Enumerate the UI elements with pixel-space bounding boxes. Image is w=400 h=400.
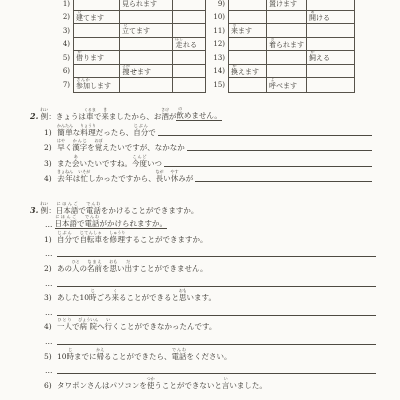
item-number: 4)	[44, 174, 57, 183]
verb-cell	[267, 24, 307, 38]
verb-cell: 参加さんかします	[74, 78, 120, 92]
section-3-answer-line: …	[30, 361, 376, 376]
verb-cell: 置おけます	[267, 0, 307, 11]
section-3-item: 4) 一人ひとりで病院びょういんへ行いくことができなかったんです。	[30, 317, 376, 332]
answer-blank-line	[57, 286, 377, 287]
section-3-item: 6) タワポンさんはパソコンを使つかうことができないと言いいました。	[30, 375, 376, 390]
row-number: 12)	[212, 38, 228, 52]
verb-cell	[267, 65, 307, 79]
answer-blank-line	[57, 315, 377, 316]
section-number: 2.	[30, 111, 40, 121]
answer-blank-line	[57, 373, 377, 374]
answer-ellipsis: …	[45, 337, 55, 346]
row-number: 1)	[56, 0, 73, 11]
section-3: 3. 例れい ： 日本語にほんごで電話でんわをかけることができますか。 … 日本…	[30, 200, 376, 390]
verb-cell	[173, 78, 205, 92]
section-3-answer-line: …	[30, 244, 376, 259]
row-number: 15)	[212, 78, 228, 92]
section-3-answer-line: …	[30, 273, 376, 288]
item-number: 3)	[44, 293, 57, 302]
item-number: 3)	[44, 159, 57, 168]
section-2-example: 2. 例れい ： きょうは車くるまで来きましたから、お酒さけが 飲のめません。	[30, 106, 372, 121]
row-number: 7)	[56, 78, 73, 92]
item-number: 1)	[44, 128, 57, 137]
verb-cell	[173, 0, 205, 11]
verb-cell: 換かえます	[229, 65, 267, 79]
row-number: 6)	[56, 65, 73, 79]
row-number: 11)	[212, 24, 228, 38]
verb-cell	[307, 78, 354, 92]
example-answer-sentence: 日本語にほんごで電話でんわがかけられますか。	[55, 214, 168, 229]
verb-cell: 見みられます	[120, 0, 173, 11]
section-3-item: 3) あした10時じごろ来くることができると思おもいます。	[30, 288, 376, 303]
verb-cell: 開あける	[307, 11, 354, 25]
section-3-item: 5) 10時じまでに帰かえることができたら、電話でんわをください。	[30, 346, 376, 361]
verb-table-right: 9) 10) 11) 12) 13) 14) 15) 置おけます 開あける 来き…	[212, 0, 355, 93]
section-3-item: 2) あの人ひとの名前なまえを思おもい出だすことができません。	[30, 258, 376, 273]
verb-cell	[229, 0, 267, 11]
item-sentence: タワポンさんはパソコンを使つかうことができないと言いいました。	[57, 376, 267, 390]
verb-table-left: 1) 2) 3) 4) 5) 6) 7) 見みられます 建たてます 立たてます	[56, 0, 206, 93]
section-3-answer-line: …	[30, 331, 376, 346]
verb-cell: 建たてます	[74, 11, 120, 25]
item-sentence: 自分じぶんで自転車じてんしゃを修理しゅうりすることができますか。	[57, 230, 208, 244]
verb-grid-right: 置おけます 開あける 来きます 着きられます 飼かえる 換かえます 呼よべます	[228, 0, 355, 93]
verb-grid-left: 見みられます 建たてます 立たてます 走はしれる 借かります 捜さがせます 参加…	[73, 0, 206, 93]
answer-blank-line	[164, 166, 372, 167]
section-3-answer-line: …	[30, 302, 376, 317]
item-number: 2)	[44, 264, 57, 273]
item-sentence: 10時じまでに帰かえることができたら、電話でんわをください。	[57, 347, 232, 361]
item-number: 2)	[44, 143, 57, 152]
answer-blank-line	[195, 181, 372, 182]
item-sentence: 去年きょねんは忙いそがしかったですから、長ながい休やすみが	[57, 169, 193, 183]
item-sentence: 簡単かんたんな料理りょうりだったら、自分じぶんで	[57, 123, 156, 137]
example-colon: ：	[48, 112, 56, 121]
verb-cell	[307, 65, 354, 79]
verb-cell	[307, 0, 354, 11]
verb-cell	[74, 24, 120, 38]
item-sentence: あした10時じごろ来くることができると思おもいます。	[57, 288, 216, 302]
section-3-example-question: 3. 例れい ： 日本語にほんごで電話でんわをかけることができますか。	[30, 200, 376, 215]
verb-cell: 着きられます	[267, 38, 307, 52]
section-2-item: 2) 早はやく漢字かんじを覚おぼえたいですが、なかなか	[30, 137, 372, 152]
example-label: 例れい	[40, 107, 48, 121]
item-sentence: 早はやく漢字かんじを覚おぼえたいですが、なかなか	[57, 138, 185, 152]
row-number: 4)	[56, 38, 73, 52]
example-label: 例れい	[40, 201, 48, 215]
answer-blank-line	[57, 256, 377, 257]
section-number: 3.	[30, 205, 40, 215]
verb-cell	[173, 24, 205, 38]
verb-cell	[74, 65, 120, 79]
verb-cell: 借かります	[74, 51, 120, 65]
verb-cell	[307, 24, 354, 38]
verb-cell: 来きます	[229, 24, 267, 38]
row-number: 3)	[56, 24, 73, 38]
example-sentence: きょうは車くるまで来きましたから、お酒さけが	[56, 107, 177, 121]
verb-cell	[120, 78, 173, 92]
section-3-example-answer: … 日本語にほんごで電話でんわがかけられますか。	[30, 215, 376, 230]
row-number: 14)	[212, 65, 228, 79]
verb-cell: 捜さがせます	[120, 65, 173, 79]
worksheet-page: 1) 2) 3) 4) 5) 6) 7) 見みられます 建たてます 立たてます	[0, 0, 400, 400]
item-number: 5)	[44, 352, 57, 361]
verb-cell	[229, 38, 267, 52]
row-number: 2)	[56, 11, 73, 25]
verb-cell	[229, 51, 267, 65]
answer-ellipsis: …	[45, 279, 55, 288]
item-number: 4)	[44, 322, 57, 331]
answer-blank-line	[158, 135, 372, 136]
row-numbers-left: 1) 2) 3) 4) 5) 6) 7)	[56, 0, 73, 93]
verb-cell: 呼よべます	[267, 78, 307, 92]
answer-blank-line	[57, 344, 377, 345]
verb-cell	[120, 11, 173, 25]
answer-blank-line	[187, 150, 372, 151]
verb-form-table: 1) 2) 3) 4) 5) 6) 7) 見みられます 建たてます 立たてます	[56, 0, 355, 93]
item-sentence: あの人ひとの名前なまえを思おもい出だすことができません。	[57, 259, 207, 273]
verb-cell	[173, 51, 205, 65]
verb-cell	[120, 51, 173, 65]
row-number: 5)	[56, 51, 73, 65]
verb-cell	[74, 38, 120, 52]
verb-cell	[173, 65, 205, 79]
answer-ellipsis: …	[45, 366, 55, 375]
verb-cell	[74, 0, 120, 11]
section-2-item: 4) 去年きょねんは忙いそがしかったですから、長ながい休やすみが	[30, 168, 372, 183]
row-numbers-right: 9) 10) 11) 12) 13) 14) 15)	[212, 0, 228, 93]
section-2-item: 1) 簡単かんたんな料理りょうりだったら、自分じぶんで	[30, 121, 372, 136]
row-number: 9)	[212, 0, 228, 11]
section-2-item: 3) また会あいたいですね。今度こんどいつ	[30, 152, 372, 167]
verb-cell: 飼かえる	[307, 51, 354, 65]
verb-cell: 立たてます	[120, 24, 173, 38]
answer-ellipsis: …	[45, 308, 55, 317]
verb-cell	[229, 78, 267, 92]
example-sentence: 日本語にほんごで電話でんわをかけることができますか。	[56, 201, 199, 215]
item-sentence: また会あいたいですね。今度こんどいつ	[57, 154, 162, 168]
verb-cell	[307, 38, 354, 52]
section-2: 2. 例れい ： きょうは車くるまで来きましたから、お酒さけが 飲のめません。 …	[30, 106, 372, 183]
verb-cell	[229, 11, 267, 25]
item-number: 1)	[44, 235, 57, 244]
answer-ellipsis: …	[45, 220, 55, 229]
item-number: 6)	[44, 381, 57, 390]
verb-cell	[267, 51, 307, 65]
item-sentence: 一人ひとりで病院びょういんへ行いくことができなかったんです。	[57, 317, 216, 331]
example-underlined-part: 飲のめません。	[176, 106, 221, 121]
verb-cell	[267, 11, 307, 25]
row-number: 10)	[212, 11, 228, 25]
answer-ellipsis: …	[45, 249, 55, 258]
section-3-item: 1) 自分じぶんで自転車じてんしゃを修理しゅうりすることができますか。	[30, 229, 376, 244]
verb-cell	[120, 38, 173, 52]
verb-cell: 走はしれる	[173, 38, 205, 52]
row-number: 13)	[212, 51, 228, 65]
verb-cell	[173, 11, 205, 25]
